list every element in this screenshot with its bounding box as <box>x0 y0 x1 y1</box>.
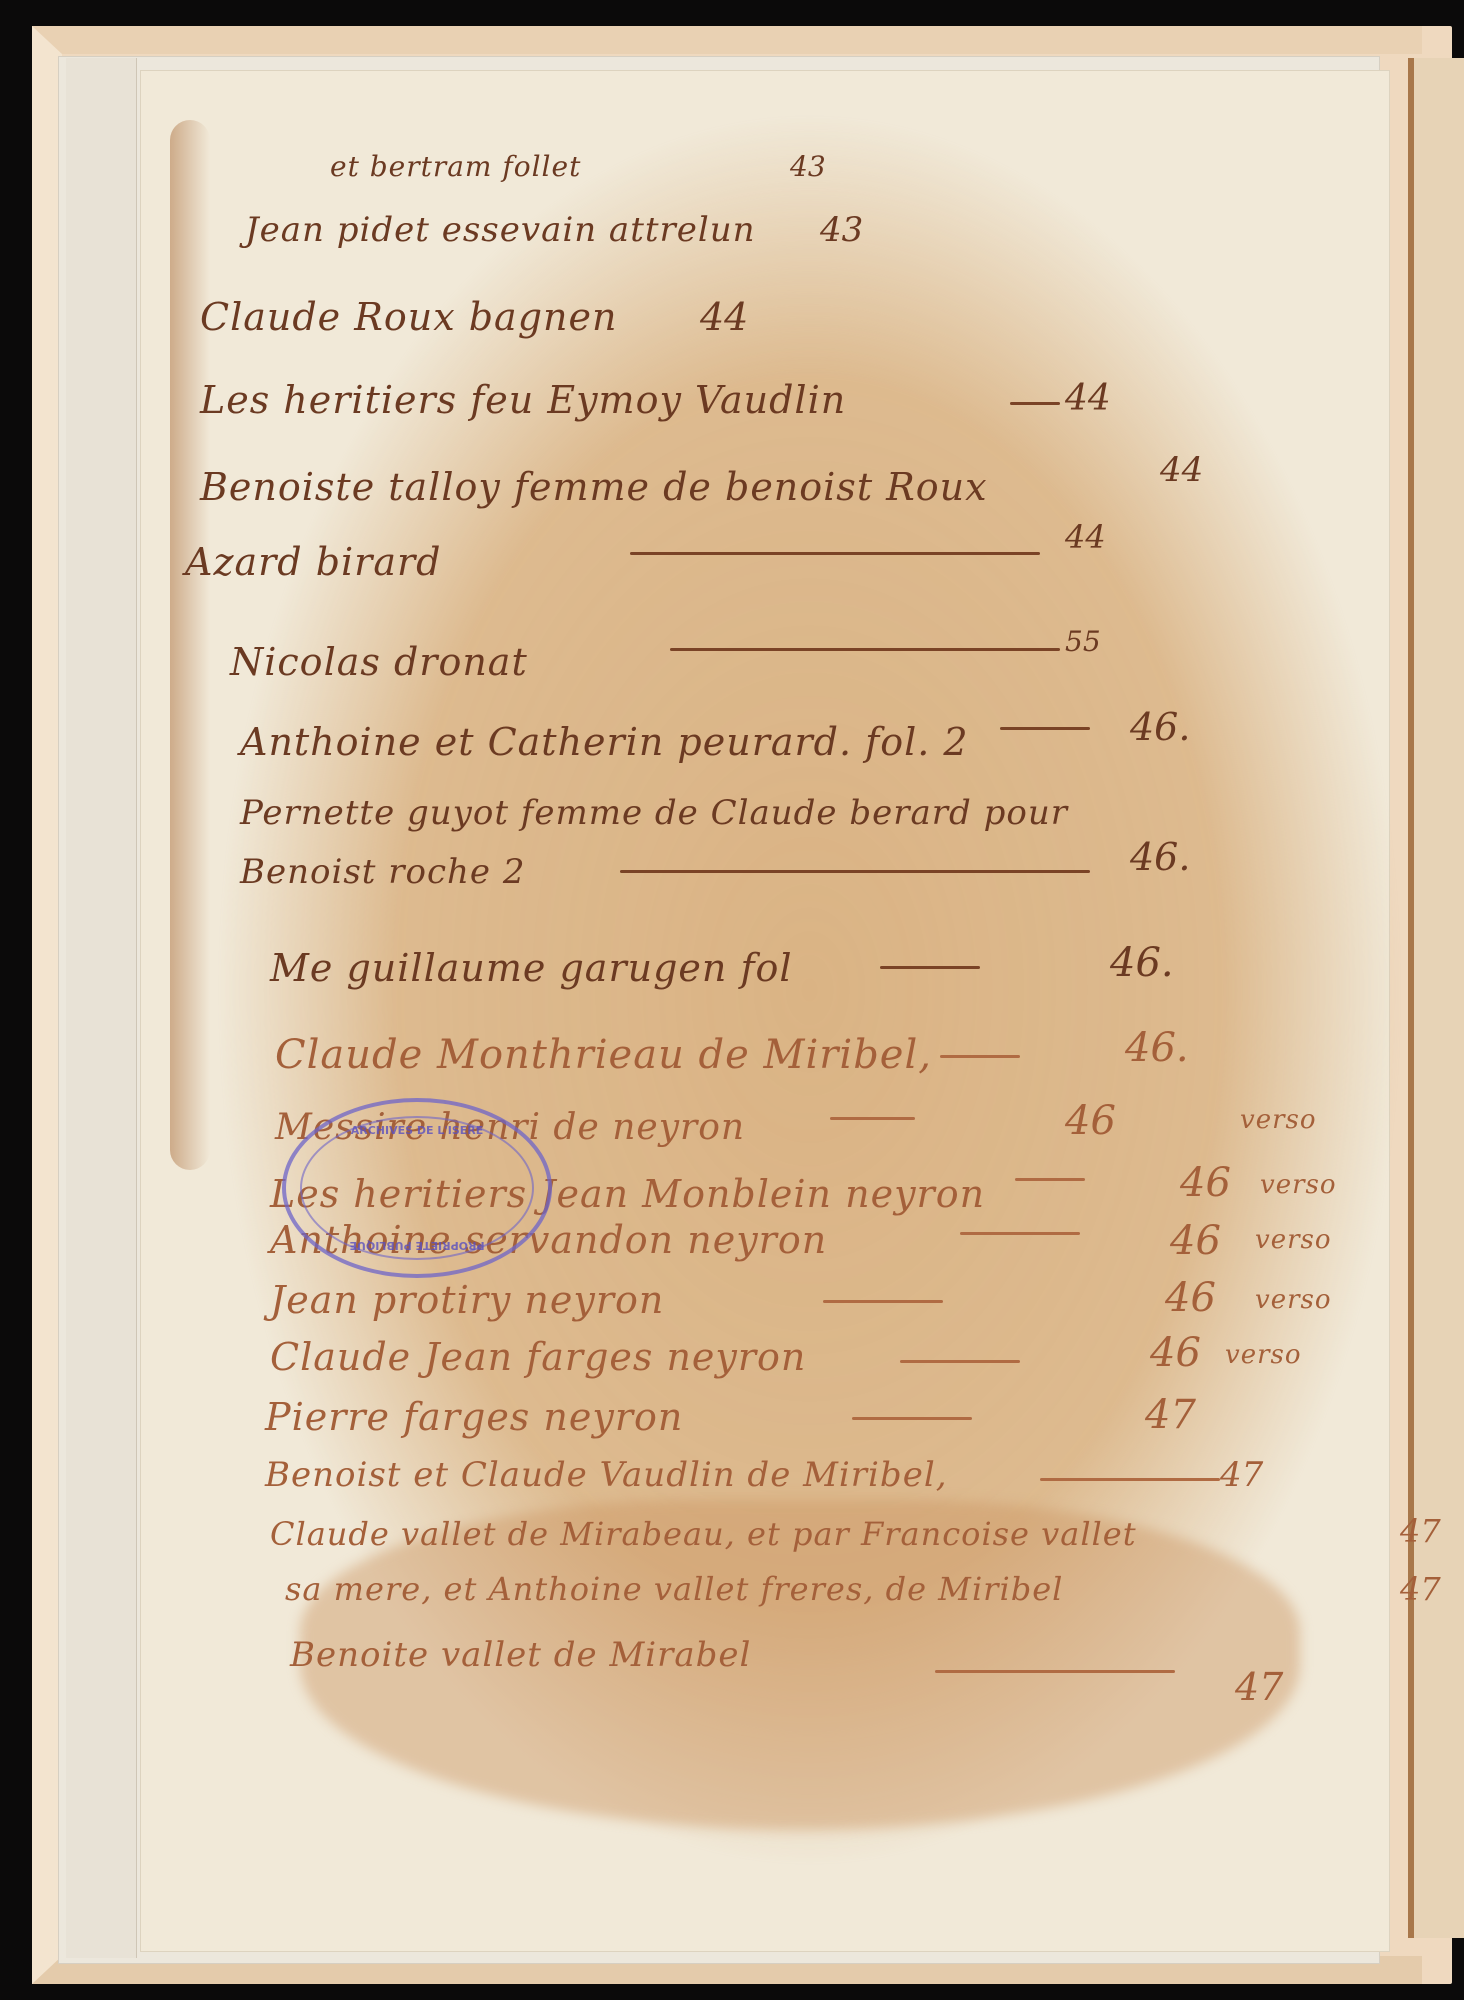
line-14-dash <box>1015 1178 1085 1181</box>
line-7: Nicolas dronat <box>230 640 528 684</box>
line-17-dash <box>900 1360 1020 1363</box>
line-21-ref: 47 <box>1400 1570 1441 1608</box>
line-18-dash <box>852 1417 972 1420</box>
line-4: Les heritiers feu Eymoy Vaudlin <box>200 378 846 422</box>
line-17: Claude Jean farges neyron <box>270 1335 806 1379</box>
stamp-text-top: ARCHIVES DE L'ISERE <box>286 1124 548 1137</box>
line-17-verso: verso <box>1225 1340 1302 1370</box>
line-8-ref: 46. <box>1130 705 1190 749</box>
line-16: Jean protiry neyron <box>270 1278 664 1322</box>
line-5: Benoiste talloy femme de benoist Roux <box>200 465 988 509</box>
line-11: Me guillaume garugen fol <box>270 946 793 990</box>
line-22: Benoite vallet de Mirabel <box>290 1635 751 1675</box>
line-16-ref: 46 <box>1165 1275 1216 1321</box>
line-21: sa mere, et Anthoine vallet freres, de M… <box>285 1570 1063 1608</box>
stamp-text-bottom: PROPRIETE PUBLIQUE <box>286 1239 548 1252</box>
line-11-dash <box>880 966 980 969</box>
line-19: Benoist et Claude Vaudlin de Miribel, <box>265 1455 948 1495</box>
line-12-ref: 46. <box>1125 1025 1189 1071</box>
stain-left-edge <box>170 120 210 1170</box>
line-4-dash <box>1010 402 1060 405</box>
line-14-verso: verso <box>1260 1170 1337 1200</box>
line-6-ref: 44 <box>1065 518 1106 556</box>
line-8-dash <box>1000 727 1090 730</box>
line-7-dash <box>670 648 1060 651</box>
line-5-ref: 44 <box>1160 450 1203 490</box>
line-19-dash <box>1040 1478 1220 1481</box>
line-6-dash <box>630 552 1040 555</box>
line-13-dash <box>830 1117 915 1120</box>
line-22-ref: 47 <box>1235 1665 1283 1709</box>
line-22-dash <box>935 1670 1175 1673</box>
line-16-dash <box>823 1300 943 1303</box>
line-2: Jean pidet essevain attrelun <box>245 210 756 250</box>
line-18: Pierre farges neyron <box>265 1395 683 1439</box>
mount-hinge-strip <box>66 58 137 1958</box>
line-11-ref: 46. <box>1110 940 1174 986</box>
line-15-ref: 46 <box>1170 1218 1221 1264</box>
line-6: Azard birard <box>185 540 441 584</box>
adjacent-page-edge <box>1408 58 1464 1938</box>
line-16-verso: verso <box>1255 1285 1332 1315</box>
line-1: et bertram follet <box>330 150 581 183</box>
line-14-ref: 46 <box>1180 1160 1231 1206</box>
line-12-dash <box>940 1055 1020 1058</box>
archive-stamp: ARCHIVES DE L'ISERE PROPRIETE PUBLIQUE <box>282 1098 552 1278</box>
line-10-ref: 46. <box>1130 835 1190 879</box>
line-20-ref: 47 <box>1400 1512 1441 1550</box>
line-18-ref: 47 <box>1145 1392 1196 1438</box>
line-13-verso: verso <box>1240 1105 1317 1135</box>
line-9: Pernette guyot femme de Claude berard po… <box>240 793 1068 833</box>
line-10: Benoist roche 2 <box>240 852 526 892</box>
line-8: Anthoine et Catherin peurard. fol. 2 <box>240 720 969 764</box>
line-15-verso: verso <box>1255 1225 1332 1255</box>
line-19-ref: 47 <box>1220 1455 1263 1495</box>
line-10-dash <box>620 870 1090 873</box>
line-3-ref: 44 <box>700 295 748 339</box>
line-13-ref: 46 <box>1065 1098 1116 1144</box>
line-20: Claude vallet de Mirabeau, et par Franco… <box>270 1515 1137 1553</box>
line-1-ref: 43 <box>790 150 826 183</box>
line-7-ref: 55 <box>1065 625 1101 658</box>
line-17-ref: 46 <box>1150 1330 1201 1376</box>
paper-hole <box>1250 90 1290 140</box>
line-2-ref: 43 <box>820 210 863 250</box>
line-12: Claude Monthrieau de Miribel, <box>275 1032 932 1078</box>
line-3: Claude Roux bagnen <box>200 295 617 339</box>
line-15-dash <box>960 1232 1080 1235</box>
line-4-ref: 44 <box>1065 378 1111 419</box>
